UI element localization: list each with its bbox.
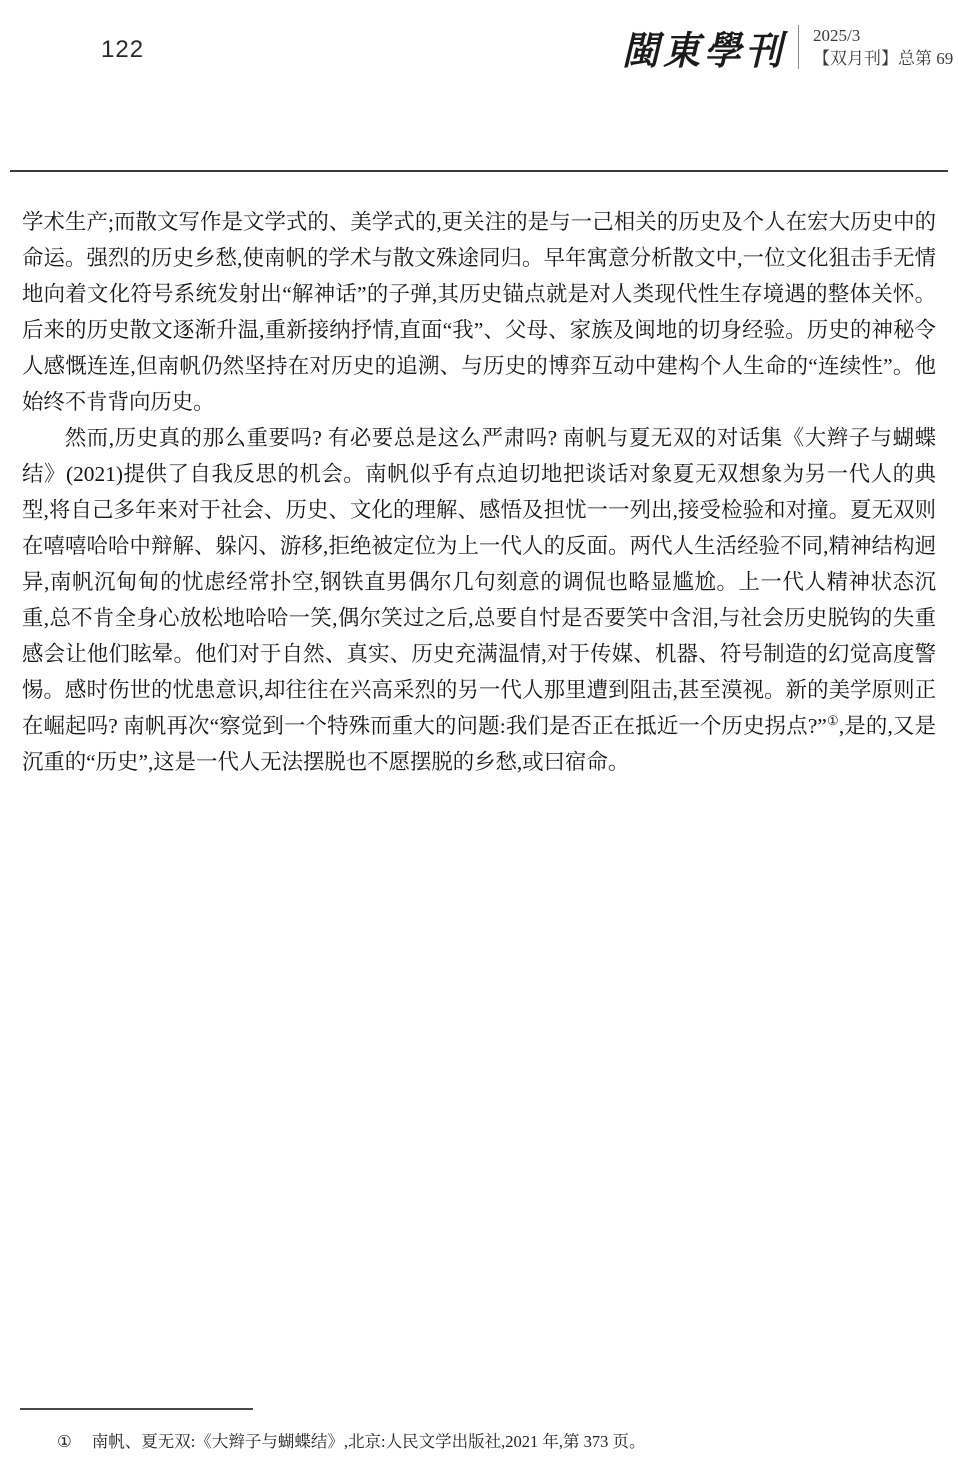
paragraph: 然而,历史真的那么重要吗? 有必要总是这么严肃吗? 南帆与夏无双的对话集《大辫子… — [22, 420, 936, 780]
paragraph-continued: 学术生产;而散文写作是文学式的、美学式的,更关注的是与一己相关的历史及个人在宏大… — [22, 204, 936, 420]
issue-info: 2025/3 【双月刊】总第 69 期 — [813, 24, 958, 70]
journal-masthead: 閩東學刊 2025/3 【双月刊】总第 69 期 — [622, 20, 958, 74]
footnote-reference: ① — [827, 713, 839, 728]
masthead-divider — [798, 25, 799, 69]
header-rule — [10, 170, 948, 172]
paragraph-text: 然而,历史真的那么重要吗? 有必要总是这么严肃吗? 南帆与夏无双的对话集《大辫子… — [22, 426, 936, 738]
footnote-rule — [20, 1408, 253, 1410]
article-body: 学术生产;而散文写作是文学式的、美学式的,更关注的是与一己相关的历史及个人在宏大… — [22, 204, 936, 780]
issue-number: 2025/3 — [813, 24, 958, 47]
footnote-text: 南帆、夏无双:《大辫子与蝴蝶结》,北京:人民文学出版社,2021 年,第 373… — [92, 1432, 646, 1451]
footnote: ①南帆、夏无双:《大辫子与蝴蝶结》,北京:人民文学出版社,2021 年,第 37… — [57, 1430, 927, 1454]
footnote-marker: ① — [57, 1432, 72, 1451]
journal-title: 閩東學刊 — [622, 19, 786, 76]
volume-info: 【双月刊】总第 69 期 — [813, 47, 958, 70]
page-number: 122 — [101, 36, 144, 64]
